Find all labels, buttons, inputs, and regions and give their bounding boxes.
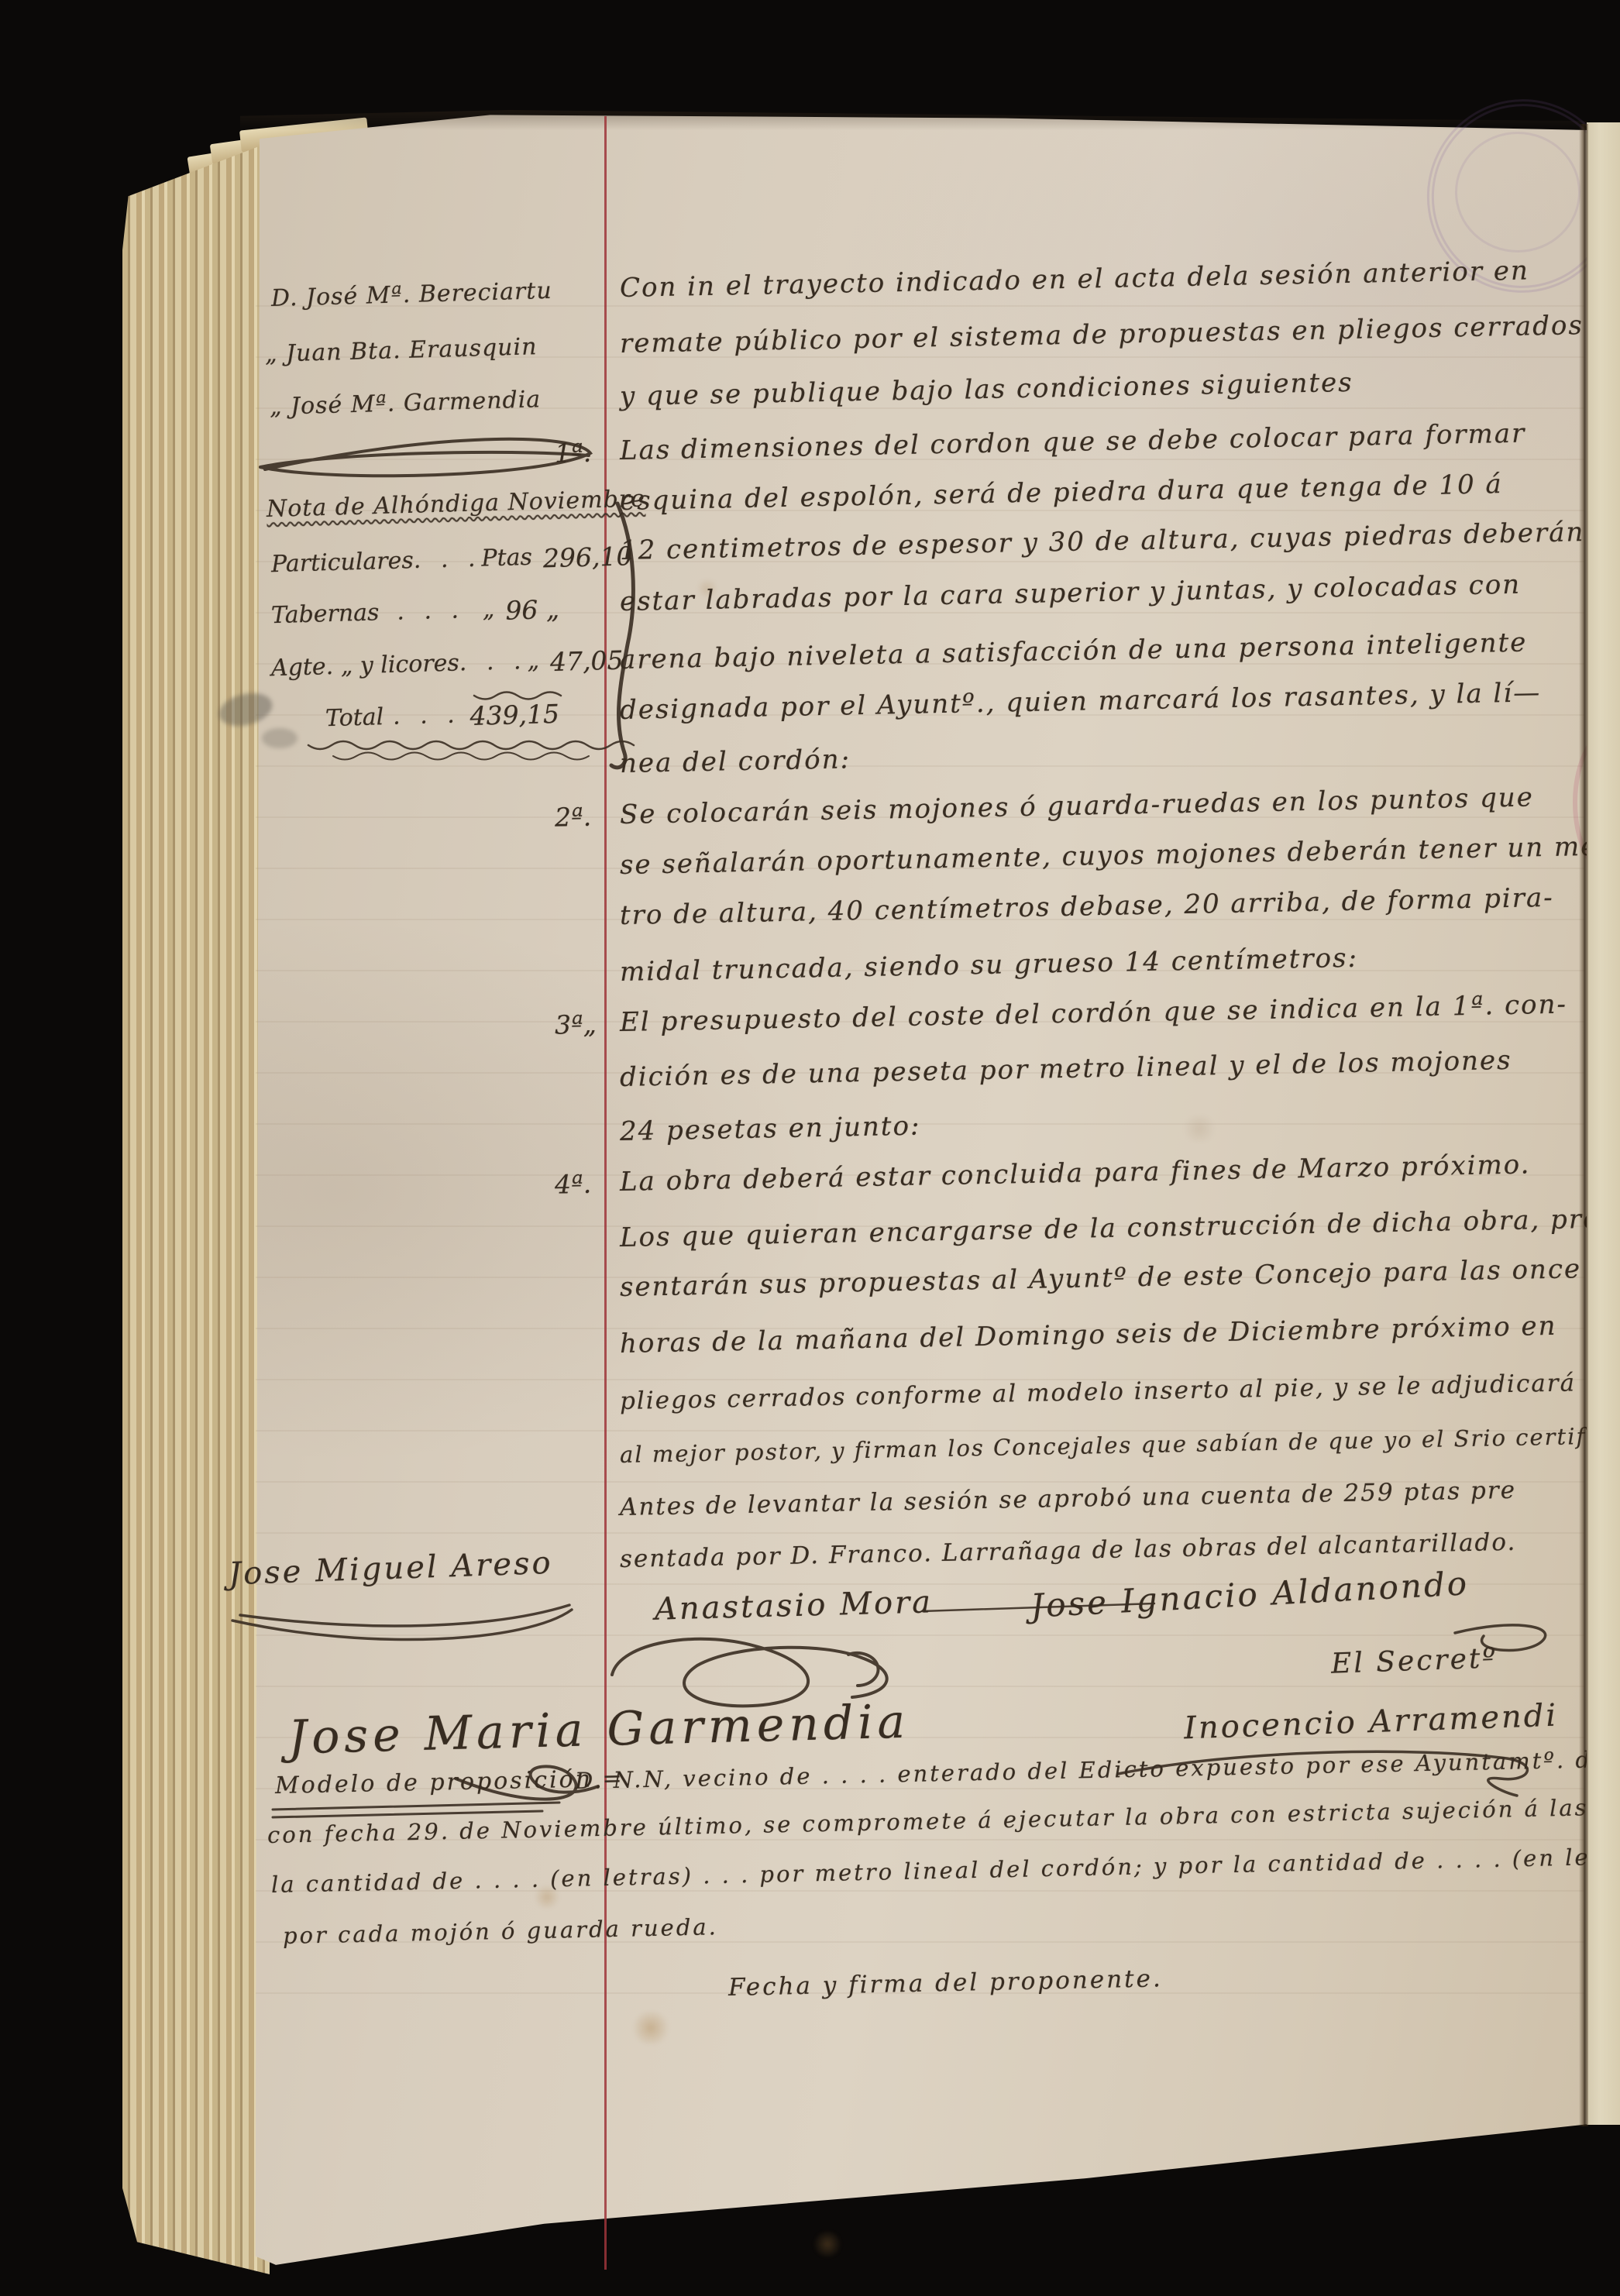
facing-page-edge: [1587, 122, 1620, 2125]
ink-smudge: [262, 728, 298, 748]
account-value: 47,05: [549, 645, 624, 678]
section-marker: 3ª„: [555, 1009, 597, 1040]
total-label: Total: [325, 703, 384, 735]
account-label: Particulares: [271, 547, 414, 581]
body-line: nea del cordón:: [620, 744, 851, 779]
secretary-title: El Secretº: [1330, 1642, 1498, 1679]
manuscript-page-scan: D. José Mª. Bereciartu „ Juan Bta. Eraus…: [0, 0, 1620, 2296]
account-unit: „: [482, 596, 495, 626]
account-unit: „: [527, 648, 540, 678]
section-marker: 1ª.: [555, 438, 592, 469]
signature-anastasio: Anastasio Mora: [654, 1584, 933, 1627]
red-margin-rule: [604, 116, 607, 2270]
line-text: nea del cordón:: [620, 744, 851, 779]
account-label: Tabernas: [271, 599, 380, 632]
total-dot-leader: . . .: [384, 701, 470, 734]
page-top-shadow: [240, 110, 1588, 130]
foxing-spot: [631, 2011, 671, 2045]
faded-stamp-inner-ring: [1455, 132, 1580, 253]
page-stack-edges: [122, 121, 270, 2274]
account-value: 96 „: [505, 594, 560, 626]
account-dot-leader: . . .: [413, 545, 482, 577]
account-dot-leader: . . .: [459, 648, 528, 679]
account-unit: Ptas: [481, 544, 533, 576]
section-marker: 2ª.: [555, 802, 592, 833]
account-dot-leader: . . .: [379, 596, 483, 630]
foxing-spot: [812, 2231, 843, 2257]
account-label: Agte. „ y licores: [271, 649, 460, 685]
section-marker: 4ª.: [555, 1169, 592, 1200]
line-text: 24 pesetas en junto:: [620, 1111, 921, 1147]
gutter-line: [1579, 124, 1588, 2126]
body-line: 24 pesetas en junto:: [620, 1111, 921, 1147]
foxing-spot: [1181, 1115, 1218, 1142]
total-value: 439,15: [469, 699, 560, 731]
